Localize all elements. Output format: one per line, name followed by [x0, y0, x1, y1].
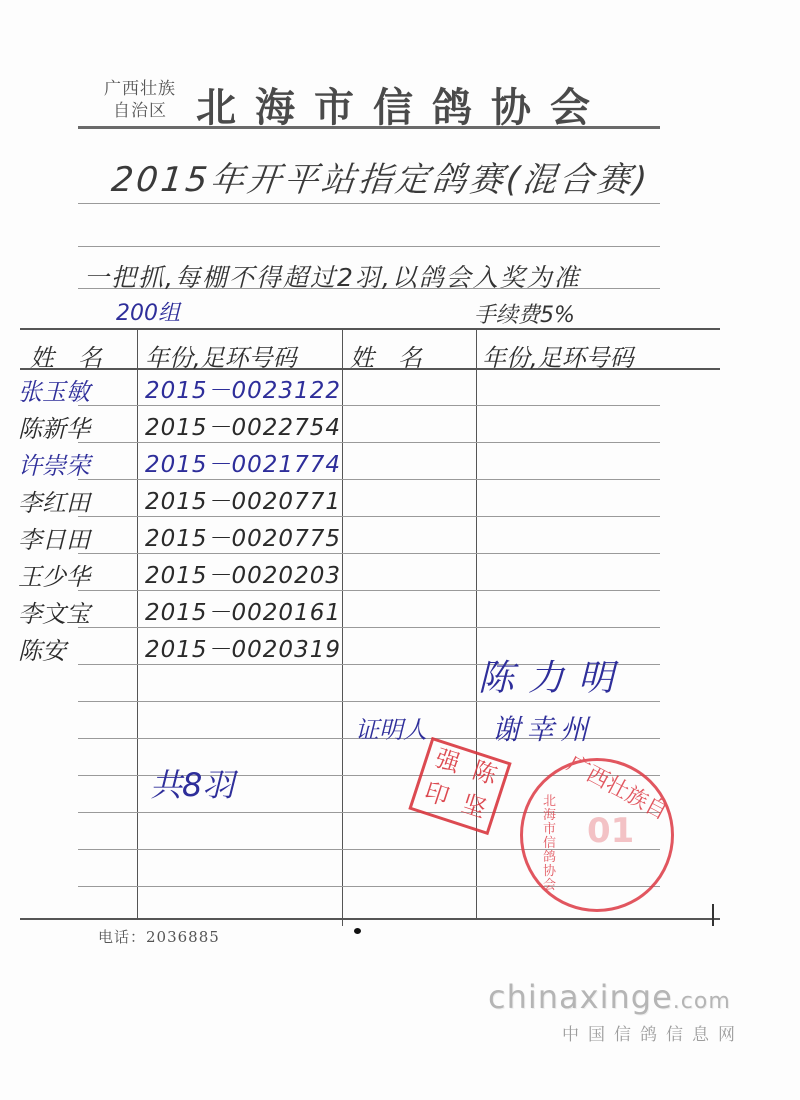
header-name-1: 姓 名 — [30, 338, 102, 373]
entry-ring-number: 2015－0020203 — [145, 557, 341, 590]
entry-name: 陈新华 — [18, 409, 136, 444]
header-ring-1: 年份,足环号码 — [145, 338, 297, 373]
table-row-line — [78, 405, 660, 406]
watermark-site-name: 中国信鸽信息网 — [562, 1020, 744, 1045]
header-name-2: 姓 名 — [350, 338, 422, 373]
entry-ring-number: 2015－0020161 — [145, 594, 341, 627]
witness-signature-2: 谢幸州 — [492, 708, 594, 748]
witness-signature-1: 陈力明 — [478, 650, 628, 701]
letterhead-region-line2: 自治区 — [90, 100, 190, 122]
seal-side-text: 北海市信鸽协会 — [543, 795, 559, 893]
entry-ring-number: 2015－0020771 — [145, 483, 341, 516]
watermark-tld: .com — [673, 989, 731, 1014]
table-row-line — [78, 627, 660, 628]
entry-ring-number: 2015－0021774 — [145, 446, 341, 479]
letterhead-region: 广西壮族 自治区 — [90, 78, 190, 122]
table-row-line — [78, 479, 660, 480]
entry-name: 李日田 — [18, 520, 136, 555]
form-title: 2015年开平站指定鸽赛(混合赛) — [109, 152, 652, 201]
entry-ring-number: 2015－0020319 — [145, 631, 341, 664]
footer-phone: 电话：2036885 — [98, 926, 220, 947]
margin-tick — [712, 904, 714, 926]
association-seal: 广西壮族自 北海市信鸽协会 01 — [520, 758, 674, 912]
table-top-border — [20, 328, 720, 330]
table-column-divider — [137, 328, 138, 918]
letterhead-region-line1: 广西壮族 — [90, 78, 190, 100]
table-row-line — [78, 590, 660, 591]
total-count: 共8羽 — [150, 760, 234, 806]
table-row-line — [78, 701, 660, 702]
entry-name: 张玉敏 — [18, 372, 136, 407]
table-bottom-border — [20, 918, 720, 920]
group-note: 200组 — [116, 296, 180, 327]
seal-center-number: 01 — [587, 811, 634, 851]
ruled-line — [78, 246, 660, 247]
witness-label: 证明人 — [355, 710, 427, 745]
table-row-line — [78, 553, 660, 554]
entry-name: 李红田 — [18, 483, 136, 518]
entry-name: 李文宝 — [18, 594, 136, 629]
form-rule-text: 一把抓,每棚不得超过2羽,以鸽会入奖为准 — [84, 258, 581, 294]
entry-name: 陈安 — [18, 631, 136, 666]
watermark-domain-name: chinaxinge — [488, 978, 673, 1016]
personal-seal: 强 陈 印 坚 — [408, 737, 511, 835]
letterhead-organization: 北海市信鸽协会 — [196, 76, 609, 133]
ink-blot — [354, 928, 361, 934]
entry-name: 王少华 — [18, 557, 136, 592]
table-row-line — [78, 442, 660, 443]
table-row-line — [78, 516, 660, 517]
letterhead-divider — [78, 126, 660, 129]
header-ring-2: 年份,足环号码 — [482, 338, 634, 373]
entry-ring-number: 2015－0022754 — [145, 409, 341, 442]
registration-form-page: 广西壮族 自治区 北海市信鸽协会 2015年开平站指定鸽赛(混合赛) 一把抓,每… — [0, 0, 800, 1100]
ruled-line — [78, 203, 660, 204]
watermark-domain: chinaxinge.com — [488, 978, 731, 1016]
entry-ring-number: 2015－0020775 — [145, 520, 341, 553]
fee-note: 手续费5% — [474, 298, 575, 329]
entry-name: 许崇荣 — [18, 446, 136, 481]
entry-ring-number: 2015－0023122 — [145, 372, 341, 405]
